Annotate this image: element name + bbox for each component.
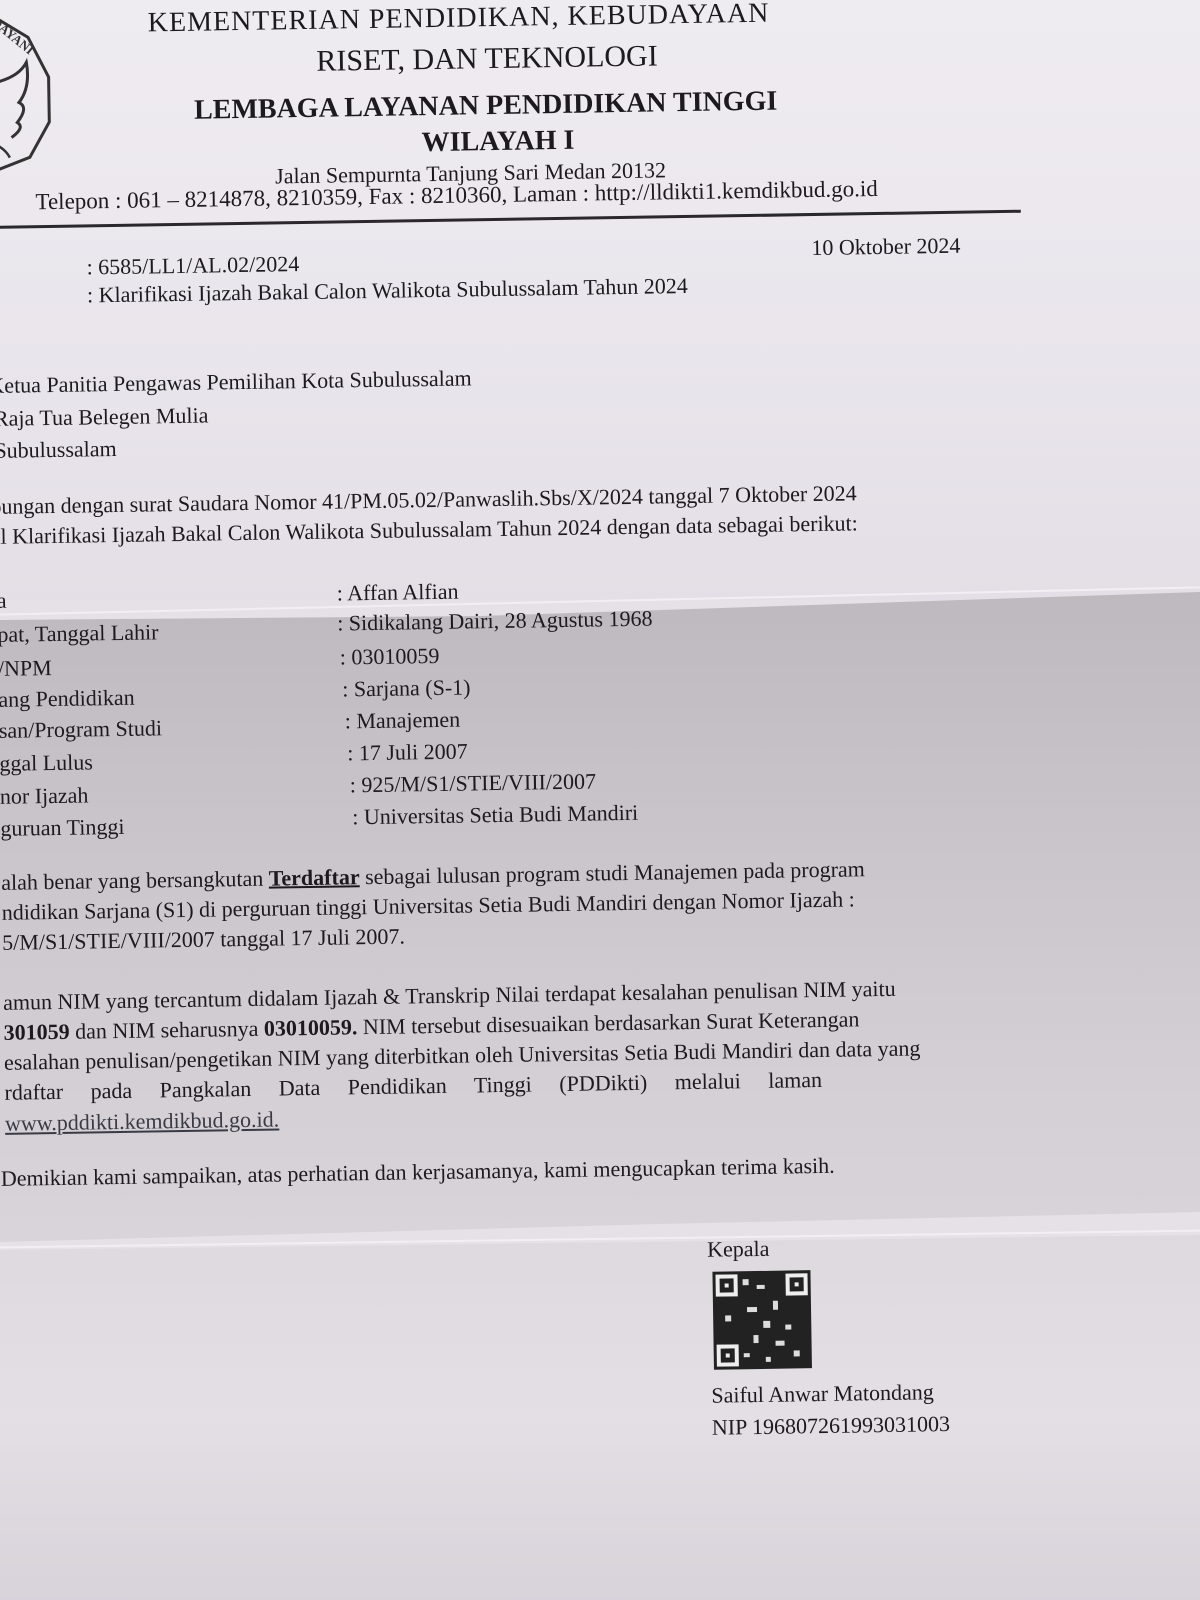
- paragraph1-suffix: sebagai lulusan program studi Manajemen …: [365, 856, 865, 889]
- field-label: pat, Tanggal Lahir: [0, 619, 159, 648]
- field-value: : Affan Alfian: [337, 579, 459, 607]
- letter-document: DAYANI KEMENTERIAN PENDIDIKAN, KEBUDAYAA…: [0, 0, 1200, 1600]
- letter-number: : 6585/LL1/AL.02/2024: [86, 251, 299, 280]
- field-label: nor Ijazah: [0, 782, 89, 809]
- paragraph2-text: dan NIM seharusnya: [69, 1016, 264, 1044]
- field-label: a: [0, 588, 7, 614]
- signature-title: Kepala: [707, 1236, 770, 1263]
- field-label: ang Pendidikan: [0, 685, 135, 713]
- recipient-line1: Ketua Panitia Pengawas Pemilihan Kota Su…: [0, 365, 472, 399]
- correct-nim: 03010059.: [264, 1014, 358, 1040]
- recipient-line3: Subulussalam: [0, 436, 117, 464]
- signatory-name: Saiful Anwar Matondang: [711, 1379, 934, 1408]
- agency-name-line2: WILAYAH I: [421, 125, 574, 159]
- field-value: : Sarjana (S-1): [342, 674, 471, 702]
- recipient-line2: Raja Tua Belegen Mulia: [0, 403, 209, 432]
- field-value: : Sidikalang Dairi, 28 Agustus 1968: [337, 606, 653, 637]
- agency-contact: Telepon : 061 – 8214878, 8210359, Fax : …: [35, 176, 878, 215]
- field-label: /NPM: [0, 655, 52, 682]
- paragraph1-line3: 5/M/S1/STIE/VIII/2007 tanggal 17 Juli 20…: [2, 924, 405, 956]
- field-value: : 925/M/S1/STIE/VIII/2007: [350, 768, 597, 798]
- field-value: : 17 Juli 2007: [347, 739, 468, 767]
- letter-date: 10 Oktober 2024: [811, 233, 960, 261]
- wrong-nim: 301059: [3, 1019, 69, 1045]
- field-label: san/Program Studi: [0, 715, 162, 744]
- closing-statement: Demikian kami sampaikan, atas perhatian …: [1, 1153, 835, 1192]
- pddikti-link[interactable]: www.pddikti.kemdikbud.go.id.: [5, 1107, 280, 1137]
- field-value: : 03010059: [340, 643, 440, 671]
- qr-code-signature-icon: [712, 1270, 812, 1370]
- signatory-nip: NIP 196807261993031003: [712, 1411, 951, 1441]
- paragraph2-text: NIM tersebut disesuaikan berdasarkan Sur…: [357, 1006, 859, 1039]
- field-value: : Manajemen: [345, 707, 461, 735]
- ministry-name-line1: KEMENTERIAN PENDIDIKAN, KEBUDAYAAN: [148, 0, 770, 39]
- field-value: : Universitas Setia Budi Mandiri: [352, 800, 638, 830]
- registration-status: Terdaftar: [269, 864, 360, 890]
- tut-wuri-handayani-emblem-icon: DAYANI: [0, 7, 55, 179]
- paragraph1-prefix: alah benar yang bersangkutan: [1, 866, 263, 895]
- field-label: ggal Lulus: [0, 749, 93, 776]
- svg-text:DAYANI: DAYANI: [0, 14, 37, 57]
- ministry-name-line2: RISET, DAN TEKNOLOGI: [316, 39, 658, 78]
- agency-name-line1: LEMBAGA LAYANAN PENDIDIKAN TINGGI: [194, 86, 778, 127]
- field-label: guruan Tinggi: [0, 814, 124, 842]
